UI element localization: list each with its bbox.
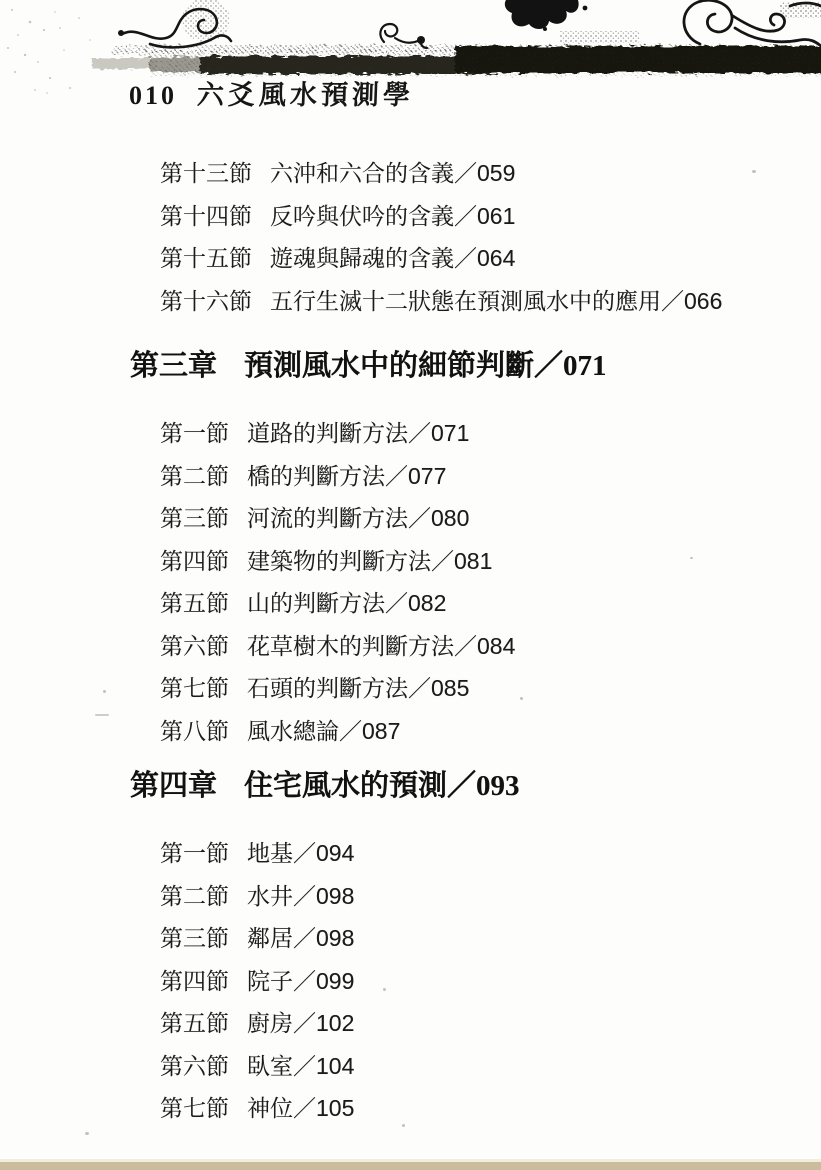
toc-item-text: 鄰居／098 (247, 925, 354, 951)
toc-item-label: 第五節 (160, 590, 229, 616)
ink-blob-icon (505, 0, 588, 31)
toc-item-label: 第六節 (160, 1053, 229, 1079)
scan-speck (103, 690, 106, 693)
scan-speck (520, 697, 523, 700)
book-page: 010 六爻風水預測學 第十三節六沖和六合的含義／059 第十四節反吟與伏吟的含… (0, 0, 821, 1170)
toc-item-label: 第十五節 (160, 245, 252, 271)
toc-item: 第十三節六沖和六合的含義／059 (160, 152, 821, 195)
chapter-heading: 第四章住宅風水的預測／093 (130, 766, 821, 806)
toc-item: 第七節石頭的判斷方法／085 (160, 667, 821, 710)
toc-item: 第一節道路的判斷方法／071 (160, 412, 821, 455)
toc-item-text: 五行生滅十二狀態在預測風水中的應用／066 (270, 288, 722, 314)
toc-item: 第二節水井／098 (160, 875, 821, 918)
toc-item: 第一節地基／094 (160, 832, 821, 875)
toc-item: 第五節山的判斷方法／082 (160, 582, 821, 625)
scan-speck (85, 1132, 89, 1135)
chapter-heading: 第三章預測風水中的細節判斷／071 (130, 346, 821, 386)
toc-item-label: 第四節 (160, 968, 229, 994)
toc-item: 第七節神位／105 (160, 1087, 821, 1130)
toc-item-text: 神位／105 (247, 1095, 354, 1121)
toc-item: 第五節廚房／102 (160, 1002, 821, 1045)
toc-item-label: 第一節 (160, 420, 229, 446)
scan-speck (402, 1124, 405, 1127)
toc-item-text: 花草樹木的判斷方法／084 (247, 633, 515, 659)
scan-speck (752, 170, 756, 173)
chapter-label: 第三章 (130, 350, 217, 382)
ink-band (92, 45, 821, 76)
toc-item-label: 第十三節 (160, 160, 252, 186)
corner-speckle-patch (780, 2, 821, 18)
toc-item-label: 第十四節 (160, 203, 252, 229)
toc-item: 第三節河流的判斷方法／080 (160, 497, 821, 540)
toc-item: 第三節鄰居／098 (160, 917, 821, 960)
toc-item-label: 第十六節 (160, 288, 252, 314)
toc-item-text: 石頭的判斷方法／085 (247, 675, 469, 701)
toc-item-text: 道路的判斷方法／071 (247, 420, 469, 446)
margin-speckles (7, 9, 91, 94)
toc-item-label: 第六節 (160, 633, 229, 659)
toc-item: 第十五節遊魂與歸魂的含義／064 (160, 237, 821, 280)
toc-item-label: 第一節 (160, 840, 229, 866)
toc-item-label: 第七節 (160, 675, 229, 701)
toc-item-text: 六沖和六合的含義／059 (270, 160, 515, 186)
toc-item: 第十四節反吟與伏吟的含義／061 (160, 195, 821, 238)
toc-item-text: 反吟與伏吟的含義／061 (270, 203, 515, 229)
toc-item-label: 第三節 (160, 505, 229, 531)
toc-item: 第四節院子／099 (160, 960, 821, 1003)
cloud-scroll-small-icon (380, 24, 427, 48)
toc-list: 第十三節六沖和六合的含義／059 第十四節反吟與伏吟的含義／061 第十五節遊魂… (0, 152, 821, 1130)
toc-item-text: 建築物的判斷方法／081 (247, 548, 492, 574)
page-number: 010 (129, 81, 177, 111)
toc-item-label: 第八節 (160, 718, 229, 744)
chapter-label: 第四章 (130, 770, 217, 802)
book-title: 六爻風水預測學 (196, 73, 414, 112)
toc-item: 第十六節五行生滅十二狀態在預測風水中的應用／066 (160, 280, 821, 323)
toc-item-label: 第四節 (160, 548, 229, 574)
scan-speck (95, 714, 109, 716)
chapter-title: 預測風水中的細節判斷／071 (244, 350, 607, 382)
scan-speck (690, 557, 693, 559)
toc-item-label: 第五節 (160, 1010, 229, 1036)
scan-speck (383, 988, 386, 991)
toc-item-text: 風水總論／087 (247, 718, 400, 744)
toc-item-text: 臥室／104 (247, 1053, 354, 1079)
toc-item-text: 水井／098 (247, 883, 354, 909)
running-header: 010 六爻風水預測學 (129, 73, 414, 112)
toc-item-text: 山的判斷方法／082 (247, 590, 446, 616)
toc-item-label: 第七節 (160, 1095, 229, 1121)
toc-item-text: 院子／099 (247, 968, 354, 994)
cloud-scroll-left-icon (118, 9, 231, 47)
footer-band (0, 1159, 821, 1170)
toc-item: 第四節建築物的判斷方法／081 (160, 540, 821, 583)
toc-item-text: 地基／094 (247, 840, 354, 866)
toc-item: 第二節橋的判斷方法／077 (160, 455, 821, 498)
toc-item: 第八節風水總論／087 (160, 710, 821, 753)
toc-item-text: 河流的判斷方法／080 (247, 505, 469, 531)
mid-speckle-patch (560, 31, 640, 43)
toc-item-text: 廚房／102 (247, 1010, 354, 1036)
toc-item-text: 橋的判斷方法／077 (247, 463, 446, 489)
toc-item: 第六節臥室／104 (160, 1045, 821, 1088)
toc-item-label: 第三節 (160, 925, 229, 951)
chapter-title: 住宅風水的預測／093 (244, 770, 520, 802)
toc-item: 第六節花草樹木的判斷方法／084 (160, 625, 821, 668)
toc-item-label: 第二節 (160, 883, 229, 909)
toc-item-label: 第二節 (160, 463, 229, 489)
toc-item-text: 遊魂與歸魂的含義／064 (270, 245, 515, 271)
